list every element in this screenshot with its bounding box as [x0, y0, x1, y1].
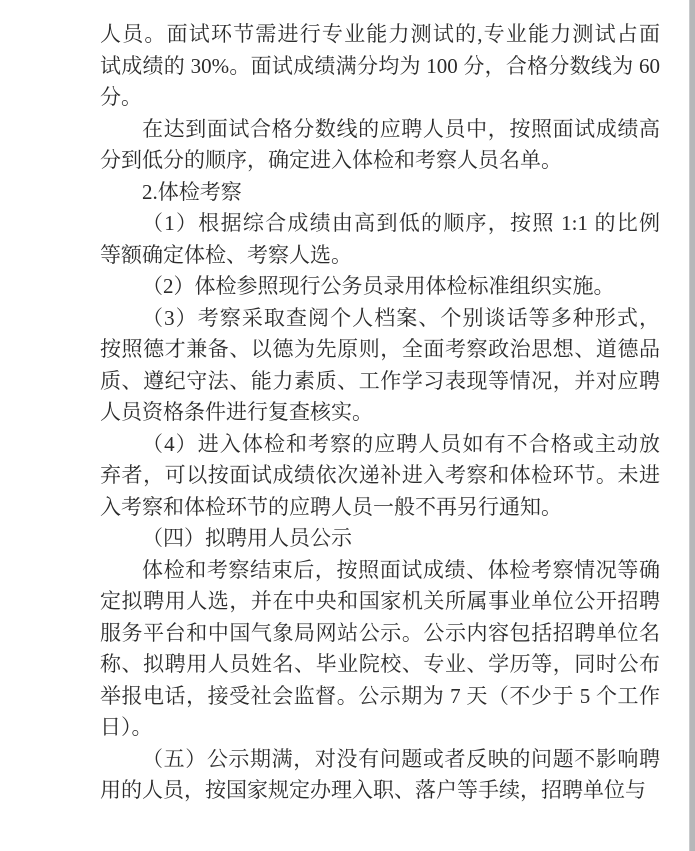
text-line: 服务平台和中国气象局网站公示。公示内容包括招聘单位名 [100, 618, 660, 650]
text-line: 体检和考察结束后，按照面试成绩、体检考察情况等确 [100, 555, 660, 587]
text-line: 举报电话，接受社会监督。公示期为 7 天（不少于 5 个工作 [100, 681, 660, 713]
text-line: 分到低分的顺序，确定进入体检和考察人员名单。 [100, 145, 660, 177]
text-line: （四）拟聘用人员公示 [100, 523, 660, 555]
right-edge-strip [689, 0, 695, 851]
text-line: 称、拟聘用人员姓名、毕业院校、专业、学历等，同时公布 [100, 649, 660, 681]
text-line: （2）体检参照现行公务员录用体检标准组织实施。 [100, 271, 660, 303]
text-line: 定拟聘用人选，并在中央和国家机关所属事业单位公开招聘 [100, 586, 660, 618]
text-line: 等额确定体检、考察人选。 [100, 240, 660, 272]
text-line: 分。 [100, 82, 660, 114]
text-line: 2.体检考察 [100, 177, 660, 209]
text-line: （3）考察采取查阅个人档案、个别谈话等多种形式， [100, 303, 660, 335]
text-line: （4）进入体检和考察的应聘人员如有不合格或主动放 [100, 429, 660, 461]
text-line: 按照德才兼备、以德为先原则，全面考察政治思想、道德品 [100, 334, 660, 366]
text-line: 日）。 [100, 712, 660, 744]
text-line: 弃者，可以按面试成绩依次递补进入考察和体检环节。未进 [100, 460, 660, 492]
document-body: 人员。面试环节需进行专业能力测试的,专业能力测试占面 试成绩的 30%。面试成绩… [100, 19, 660, 807]
text-line: 试成绩的 30%。面试成绩满分均为 100 分，合格分数线为 60 [100, 51, 660, 83]
text-line: 用的人员，按国家规定办理入职、落户等手续，招聘单位与 [100, 775, 660, 807]
text-line: 入考察和体检环节的应聘人员一般不再另行通知。 [100, 492, 660, 524]
text-line: （五）公示期满，对没有问题或者反映的问题不影响聘 [100, 744, 660, 776]
text-line: （1）根据综合成绩由高到低的顺序，按照 1:1 的比例 [100, 208, 660, 240]
text-line: 人员。面试环节需进行专业能力测试的,专业能力测试占面 [100, 19, 660, 51]
document-page: 人员。面试环节需进行专业能力测试的,专业能力测试占面 试成绩的 30%。面试成绩… [0, 0, 695, 851]
text-line: 在达到面试合格分数线的应聘人员中，按照面试成绩高 [100, 114, 660, 146]
text-line: 人员资格条件进行复查核实。 [100, 397, 660, 429]
text-line: 质、遵纪守法、能力素质、工作学习表现等情况，并对应聘 [100, 366, 660, 398]
